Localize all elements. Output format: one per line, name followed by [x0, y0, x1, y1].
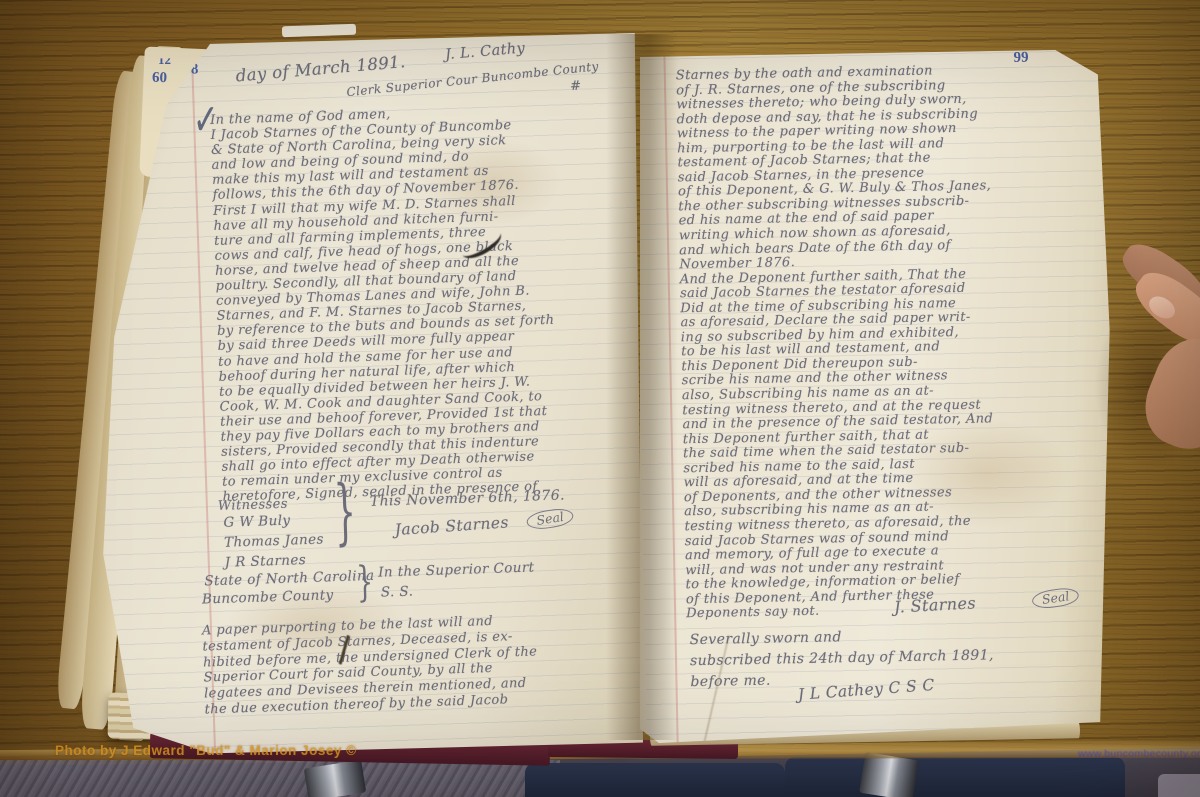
left-page: 98 day of March 1891. J. L. Cathy Clerk … — [95, 33, 643, 757]
jurat-brace: } — [356, 559, 374, 608]
header-date: day of March 1891. — [235, 52, 406, 85]
chair-leg-right — [859, 752, 919, 797]
deposition-text-block: Starnes by the oath and examinationof J.… — [676, 62, 1000, 621]
left-page-ruling: 98 day of March 1891. J. L. Cathy Clerk … — [95, 33, 643, 757]
will-text-block: In the name of God amen,I Jacob Starnes … — [210, 102, 560, 505]
witness-list: G W BulyThomas JanesJ R Starnes — [223, 511, 325, 574]
hash-mark: # — [570, 79, 582, 94]
jeans-leg-left — [525, 763, 785, 797]
jurat-ss: S. S. — [381, 583, 414, 600]
seal-badge: Seal — [525, 506, 575, 531]
right-page: 99 Starnes by the oath and examinationof… — [640, 50, 1112, 750]
right-page-ruling: 99 Starnes by the oath and examinationof… — [640, 50, 1112, 750]
probate-text-block: A paper purporting to be the last will a… — [202, 612, 539, 718]
url-watermark: www.buncombecounty.org — [1078, 748, 1200, 760]
clerk-signature-header: J. L. Cathy — [444, 40, 525, 63]
testator-signature: Jacob Starnes — [394, 513, 509, 539]
seal-badge: Seal — [1031, 586, 1080, 611]
witness-label: Witnesses — [218, 497, 288, 514]
witness-brace: } — [333, 470, 357, 555]
book-gutter-shadow — [606, 34, 678, 740]
jurat-court: In the Superior Court — [378, 559, 535, 580]
page-number-99: 99 — [1013, 50, 1028, 67]
carpet-floor — [0, 760, 560, 797]
stack-page-number-60: 60 — [152, 70, 168, 88]
photo-credit-watermark: Photo by J Edward "Bud" & Marion Josey © — [55, 743, 357, 758]
carpet-patch-corner — [1158, 774, 1200, 797]
photo-of-record-book: 12 60 98 day of March 1891. J. L. Cathy … — [0, 0, 1200, 797]
jeans-leg-right — [785, 757, 1125, 797]
